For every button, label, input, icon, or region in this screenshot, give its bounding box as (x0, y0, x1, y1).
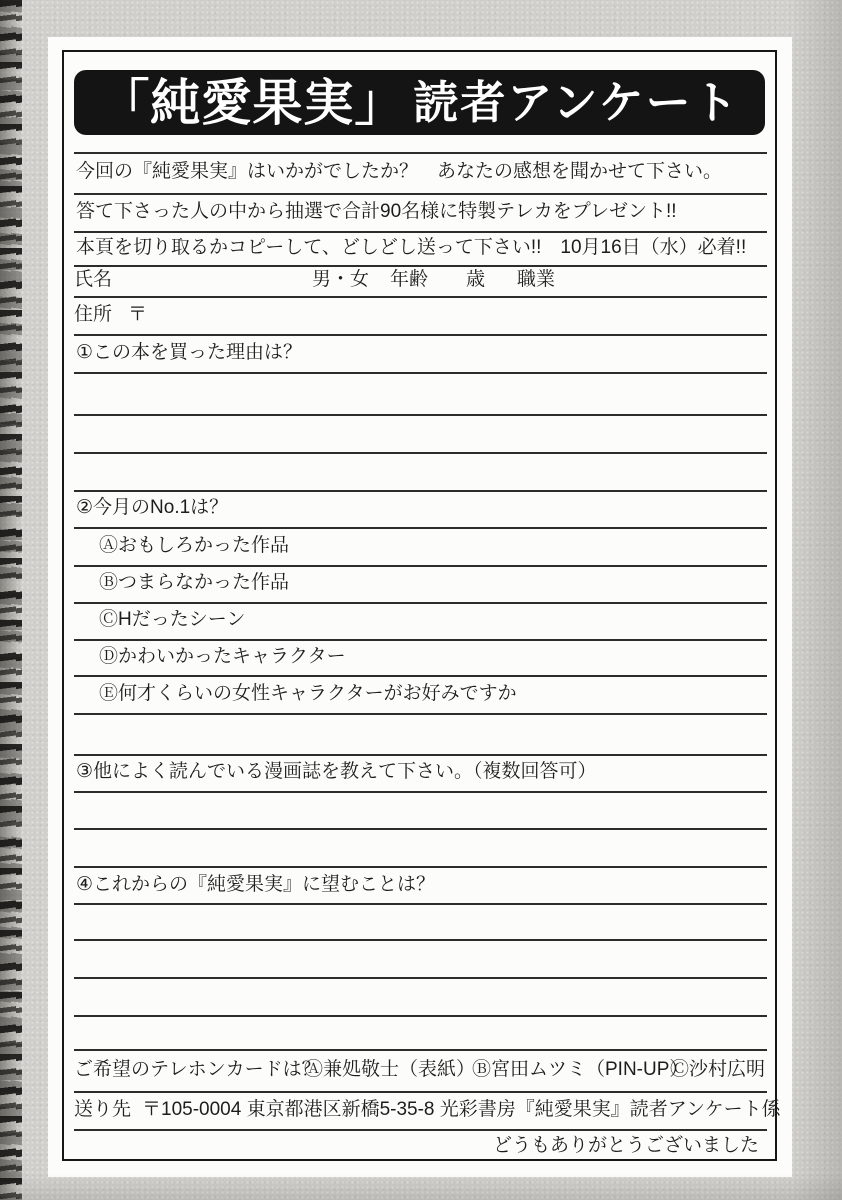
deadline-text: 本頁を切り取るかコピーして、どしどし送って下さい!! 10月16日（水）必着!! (76, 236, 761, 260)
q2-option-e: Ⓔ何才くらいの女性キャラクターがお好みですか (99, 682, 761, 706)
ruled-line (74, 639, 767, 641)
scan-right-shadow (790, 0, 842, 1200)
prize-text: 答て下さった人の中から抽選で合計90名様に特製テレカをプレゼント!! (76, 200, 761, 224)
question-1: ①この本を買った理由は？ (76, 341, 761, 365)
question-2: ②今月のNo.1は？ (76, 496, 761, 520)
ruled-line (74, 152, 767, 154)
name-field-row: 氏名 男・女 年齢 歳 職業 (64, 268, 775, 292)
answer-line (74, 977, 767, 979)
answer-line (74, 866, 767, 868)
age-unit-label: 歳 (466, 268, 485, 291)
paper: 「純愛果実」 読者アンケート 今回の『純愛果実』はいかがでしたか？ あなたの (48, 37, 792, 1177)
answer-line (74, 1049, 767, 1051)
postal-mark: 〒 (128, 303, 147, 326)
ruled-line (74, 527, 767, 529)
ruled-line (74, 713, 767, 715)
telecard-option-a: Ⓐ兼処敬士（表紙） (304, 1058, 475, 1081)
scan-bottom-shadow (0, 1174, 842, 1200)
answer-line (74, 828, 767, 830)
ruled-line (74, 1091, 767, 1093)
ruled-line (74, 231, 767, 233)
answer-line (74, 452, 767, 454)
send-to-row: 送り先 〒105-0004 東京都港区新橋5-35-8 光彩書房『純愛果実』読者… (64, 1098, 775, 1122)
telecard-label: ご希望のテレホンカードは？ (74, 1058, 321, 1081)
question-3: ③他によく読んでいる漫画誌を教えて下さい。（複数回答可） (76, 760, 761, 784)
sex-field-label: 男・女 (312, 268, 369, 291)
ruled-line (74, 565, 767, 567)
q2-option-d: Ⓓかわいかったキャラクター (99, 645, 761, 669)
ruled-line (74, 903, 767, 905)
ruled-line (74, 296, 767, 298)
answer-line (74, 490, 767, 492)
ruled-line (74, 675, 767, 677)
send-to-address: 〒105-0004 東京都港区新橋5-35-8 光彩書房『純愛果実』読者アンケー… (142, 1098, 781, 1121)
ruled-line (74, 372, 767, 374)
job-field-label: 職業 (517, 268, 555, 291)
questionnaire-form: 「純愛果実」 読者アンケート 今回の『純愛果実』はいかがでしたか？ あなたの (62, 50, 777, 1161)
answer-line (74, 939, 767, 941)
ruled-line (74, 334, 767, 336)
address-label: 住所 (74, 303, 112, 326)
q2-option-b: Ⓑつまらなかった作品 (99, 571, 761, 595)
torn-paper-edge (0, 0, 22, 1200)
ruled-line (74, 193, 767, 195)
ruled-line (74, 602, 767, 604)
telecard-question-row: ご希望のテレホンカードは？ Ⓐ兼処敬士（表紙） Ⓑ宮田ムツミ（PIN-UP） Ⓒ… (64, 1058, 775, 1082)
ruled-line (74, 791, 767, 793)
ruled-line (74, 265, 767, 267)
age-field-label: 年齢 (390, 268, 428, 291)
answer-line (74, 1015, 767, 1017)
address-field-row: 住所 〒 (64, 303, 775, 327)
form-title: 読者アンケート (413, 80, 739, 125)
telecard-option-b: Ⓑ宮田ムツミ（PIN-UP） (472, 1058, 688, 1081)
answer-line (74, 754, 767, 756)
thanks-text: どうもありがとうございました (76, 1134, 759, 1158)
series-title: 「純愛果実」 (99, 78, 405, 128)
q2-option-a: Ⓐおもしろかった作品 (99, 534, 761, 558)
ruled-line (74, 1129, 767, 1131)
telecard-option-c: Ⓒ沙村広明 (670, 1058, 765, 1081)
answer-line (74, 414, 767, 416)
question-4: ④これからの『純愛果実』に望むことは？ (76, 873, 761, 897)
intro-text: 今回の『純愛果実』はいかがでしたか？ あなたの感想を聞かせて下さい。 (76, 160, 761, 184)
form-title-banner: 「純愛果実」 読者アンケート (74, 70, 765, 135)
q2-option-c: ⒸHだったシーン (99, 608, 761, 632)
name-label: 氏名 (74, 268, 112, 291)
send-to-label: 送り先 (74, 1098, 131, 1121)
